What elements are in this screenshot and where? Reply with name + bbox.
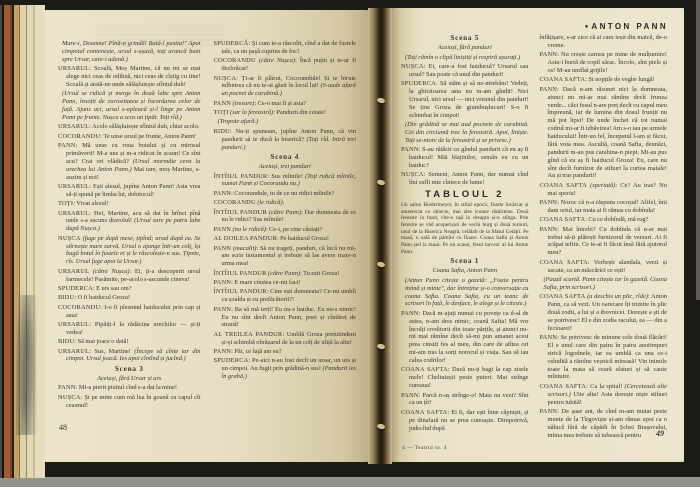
subtitle-block: Coana Safta, Anton Pann [401,267,529,275]
speaker-name: NUȘCA [214,75,237,82]
dialogue-line: URSARUL (către Nușca): Ei, ți-a descoper… [58,268,201,284]
book-photo: Mare-i, Doamne! Pînă-n grindă! Bată-l pu… [0,0,700,487]
dialogue-line: BIDU: Să mai joace o dată! [58,338,201,346]
tableau-block: TABLOUL 2 [401,189,529,201]
desc-block: Un salon Biedermeyer, în stilul epocii, … [401,202,529,256]
dialogue-line: COANA SAFTA (speriată): Ce? Au tras? Nu … [540,182,668,198]
dialogue-line: URSARUL: Hei, Martine, acu să dai în brî… [58,210,201,234]
speaker-name: AL DOILEA PANDUR [214,235,277,242]
dialogue-line: PANN (nu le ridică): Ce-i, pe cine căuta… [214,226,357,234]
dialogue-line: COANA SAFTA (a deschis un plic, rîde): A… [540,293,668,332]
speaker-name: PANN [214,226,232,233]
speaker-name: COCORANDU [58,133,100,140]
scene-block: Scena 1 [401,257,529,266]
speaker-name: PANN [540,226,558,233]
dialogue-line: NUȘCA (fuge pe după mese, țipînd; ursul … [58,235,201,267]
table-surface [0,477,700,487]
speaker-name: SPUDERCĂ [214,40,249,47]
dir-block: (Anton Pann citește o gazetă: „Foaia pen… [401,277,529,309]
dialogue-line: PANN: Mă unse cu roua botului și cu miro… [58,142,201,181]
right-page-column-2: înfățișare, s-ar zice că ai cam ieșit di… [540,34,668,462]
dialogue-line: PANN: Mi-a pierit piuitul cînd s-a dat l… [58,384,201,392]
speaker-name: PANN [214,279,232,286]
dialogue-line: URSARUL: Pipăiți-l la rădăcina urechilor… [58,321,201,337]
dialogue-line: PANN: De șase ani, de cînd m-am mutat pe… [540,408,668,440]
dialogue-line: TOȚI (sar la fereastră): Pandurii din ce… [214,109,357,117]
dialogue-line: PANN: Cocorandule, tu de ce nu ridici mî… [214,190,357,198]
journal-footer: 4 — Teatrul nr. 4 [402,445,447,451]
page-number-right: 49 [656,429,664,438]
dialogue-line: PANN: Dacă m-ajuți numai cu povețe ca d-… [401,310,529,365]
dialogue-line: COANA SAFTA: Ca la spital! (Cercetează a… [540,383,668,407]
dialogue-line: NUȘCA: Semeni, Anton Pann, dar numai cîn… [401,171,529,187]
dialogue-line: PANN: E mare cinstea ce-mi faci! [214,279,357,287]
dialogue-line: NUȘCA: Ei, care-a fost haiducul? Ursarul… [401,63,529,79]
subtitle-block: Aceiași, trei panduri [214,163,357,171]
speaker-name: TOȚI [214,109,229,116]
speaker-name: COANA SAFTA [540,182,587,189]
left-page-column-2: SPUDERCĂ: Și cum te-a răscolit, cînd a d… [214,40,357,462]
speaker-name: COCORANDU [214,199,256,206]
dialogue-line: COANA SAFTA: Ei fi, dar ești bine căptuș… [401,409,529,433]
book-gutter [368,8,392,464]
dialogue-line: PANN: Nu crește carnea pe mine de mulțum… [540,51,668,75]
speaker-name: ÎNTÎIUL PANDUR [214,209,267,216]
speaker-name: BIDU [58,294,74,301]
scene-block: Scena 3 [58,365,201,374]
speaker-name: PANN [401,392,419,399]
dialogue-line: COCORANDU: I-o fi plesnind haiducului pr… [58,304,201,320]
speaker-name: PANN [401,310,419,317]
speaker-name: COCORANDU [58,304,100,311]
dialogue-line: COANA SAFTA: Cu ce dobîndă, mă rog? [540,216,668,224]
dialogue-line: PANN: Ba să mă ierți! Eu nu-s haiduc. Eu… [214,306,357,330]
dialogue-line: NUȘCA: Și pe mine cum mă lua în goană cu… [58,394,201,410]
dialogue-line: NUȘCA: Ți-ar fi plăcut, Cocorandule! Și … [214,75,357,99]
speaker-name: AL TREILEA PANDUR [214,331,283,338]
right-page: ●ANTON PANN Scena 5Aceiași, fără panduri… [392,8,684,462]
dialogue-line: PANN (mucalit): Să nu trageți, panduri, … [214,245,357,269]
dialogue-line: AL TREILEA PANDUR: Umblă Groza pretutind… [214,331,357,347]
speaker-name: PANN [540,408,558,415]
speaker-name: ÎNTÎIUL PANDUR [214,270,267,277]
speaker-name: PANN [214,190,232,197]
speaker-name: URSARUL [58,321,89,328]
speaker-name: URSARUL [58,268,89,275]
dialogue-line: BIDU: O fi haiducul Groza! [58,294,201,302]
speaker-name: NUȘCA [401,171,424,178]
speaker-name: COANA SAFTA [540,216,586,223]
speaker-name: ÎNTÎIUL PANDUR [214,288,267,295]
dialogue-line: URSARUL: Scoală, Moș Martine, că nu mi s… [58,65,201,89]
dialogue-line: COCORANDU: Te unse ursul pe frunte, Anto… [58,133,201,141]
speaker-name: BIDU [58,338,74,345]
dialogue-line: URSARUL: Acolo sălășluiește sfîntul duh,… [58,123,201,131]
dialogue-line: URSARUL: Sus, Martine! (Începe să cînte … [58,348,201,364]
speaker-name: URSARUL [58,348,89,355]
dir-block: (Toți rămîn o clipă liniștiți și respiră… [401,54,529,62]
speaker-name: PANN [401,146,419,153]
dialogue-line: AL DOILEA PANDUR: Pe haiducul Groza! [214,235,357,243]
dialogue-line: PANN (tresare): Ce-o mai fi și asta? [214,100,357,108]
right-page-column-1: Scena 5Aceiași, fără panduri(Toți rămîn … [401,34,529,462]
dialogue-line: COANA SAFTA: Și nopțile de veghe lungă! [540,76,668,84]
dialogue-line: COCORANDU (către Nușca): Încă puțin și t… [214,57,357,73]
dialogue-line: PANN: Mai întrebi? Cu dobînda că n-ar ma… [540,226,668,258]
dialogue-line: ÎNTÎIUL PANDUR: Sus mîinile! (Toți ridic… [214,173,357,189]
dialogue-line: ÎNTÎIUL PANDUR (către Pann): Dar dumneat… [214,209,357,225]
dialogue-line: ÎNTÎIUL PANDUR: Cine ești dumneata? Ce-m… [214,288,357,304]
dialogue-line: COANA SAFTA: Vorbești alandala, verzi și… [540,259,668,275]
speaker-name: PANN [214,348,232,355]
dialogue-line: SPUDERCA: E urs sau om? [58,285,201,293]
speaker-name: PANN [214,245,232,252]
speaker-name: COANA SAFTA [540,383,587,390]
speaker-name: ÎNTÎIUL PANDUR [214,173,268,180]
right-page-edge [696,0,700,300]
speaker-name: PANN [214,306,232,313]
dir-block: (Tropote afară.) [214,118,357,126]
dir-block: Mare-i, Doamne! Pînă-n grindă! Bată-l pu… [58,40,201,64]
speaker-name: COANA SAFTA [401,366,448,373]
dir-block: (Din grădină se mai aud pocnete de carab… [401,121,529,145]
speaker-name: PANN [540,86,558,93]
dialogue-line: PANN: Păi, ce față am eu? [214,348,357,356]
speaker-name: SPUDERCA [214,357,249,364]
speaker-name: NUȘCA [58,394,81,401]
speaker-name: BIDU [214,128,230,135]
speaker-name: PANN [58,142,76,149]
speaker-name: URSARUL [58,123,89,130]
dialogue-line: SPUDERCA: Să stăm și să ne-ntrebăm! Vede… [401,80,529,119]
scene-block: Scena 5 [401,34,529,43]
page-number-left: 48 [59,423,67,432]
page-edge-smudge [16,295,38,435]
speaker-name: PANN [214,100,232,107]
dialogue-line: ÎNTÎIUL PANDUR (către Pann): Tu ești Gro… [214,270,357,278]
subtitle-block: Aceiași, fără Ursar și urs [58,375,201,383]
speaker-name: COANA SAFTA [401,409,447,416]
subtitle-block: Aceiași, fără panduri [401,44,529,52]
dialogue-line: PANN: Se potrivesc de minune cele două f… [540,334,668,381]
speaker-name: PANN [540,334,558,341]
speaker-name: COANA SAFTA [540,259,588,266]
book-cover-edge [0,5,45,478]
left-page: Mare-i, Doamne! Pînă-n grindă! Bată-l pu… [45,10,368,462]
speaker-name: SPUDERCA [401,80,436,87]
dialogue-line: PANN: Noroc că n-a răspuns cocoșul! Altf… [540,199,668,215]
dialogue-line: PANN: S-au rătăcit cu gîndul pandurii că… [401,146,529,170]
dialogue-line: SPUDERCĂ: Și cum te-a răscolit, cînd a d… [214,40,357,56]
speaker-name: COANA SAFTA [540,76,586,83]
speaker-name: TOȚI [58,200,73,207]
speaker-name: URSARUL [58,183,89,190]
speaker-name: PANN [540,199,558,206]
speaker-name: PANN [540,51,558,58]
dir-block: (Ursul se ridică și merge în două labe s… [58,90,201,122]
dialogue-line: BIDU: Nu-ți spuneam, jupîne Anton Pann, … [214,128,357,152]
speaker-name: URSARUL [58,65,89,72]
speaker-name: NUȘCA [401,63,424,70]
dialogue-line: COCORANDU (le ridică). [214,199,357,207]
scene-block: Scena 4 [214,153,357,162]
dialogue-line: URSARUL: Ești alesul, jupîne Anton Pann!… [58,183,201,199]
dialogue-line: PANN: Parcă n-aș strînge-o! Mata nu vezi… [401,392,529,408]
left-page-column-1: Mare-i, Doamne! Pînă-n grindă! Bată-l pu… [58,40,201,462]
dialogue-line: SPUDERCA: Pe-aici n-au fost decît un urs… [214,357,357,381]
dialogue-line: înfățișare, s-ar zice că ai cam ieșit di… [540,34,668,50]
dialogue-line: TOȚI: Vivat alesul! [58,200,201,208]
speaker-name: COCORANDU [214,57,256,64]
speaker-name: COANA SAFTA [540,293,586,300]
speaker-name: PANN [58,384,76,391]
dialogue-line: PANN: Dacă n-am răsunet nici la dumneata… [540,86,668,181]
speaker-name: URSARUL [58,210,89,217]
dir-block: (Pauză scurtă. Pann citește iar în gazet… [540,276,668,292]
speaker-name: NUȘCA [58,235,81,242]
speaker-name: SPUDERCA [58,285,93,292]
dialogue-line: COANA SAFTA: Dacă nu-ți bagi la cap zise… [401,366,529,390]
